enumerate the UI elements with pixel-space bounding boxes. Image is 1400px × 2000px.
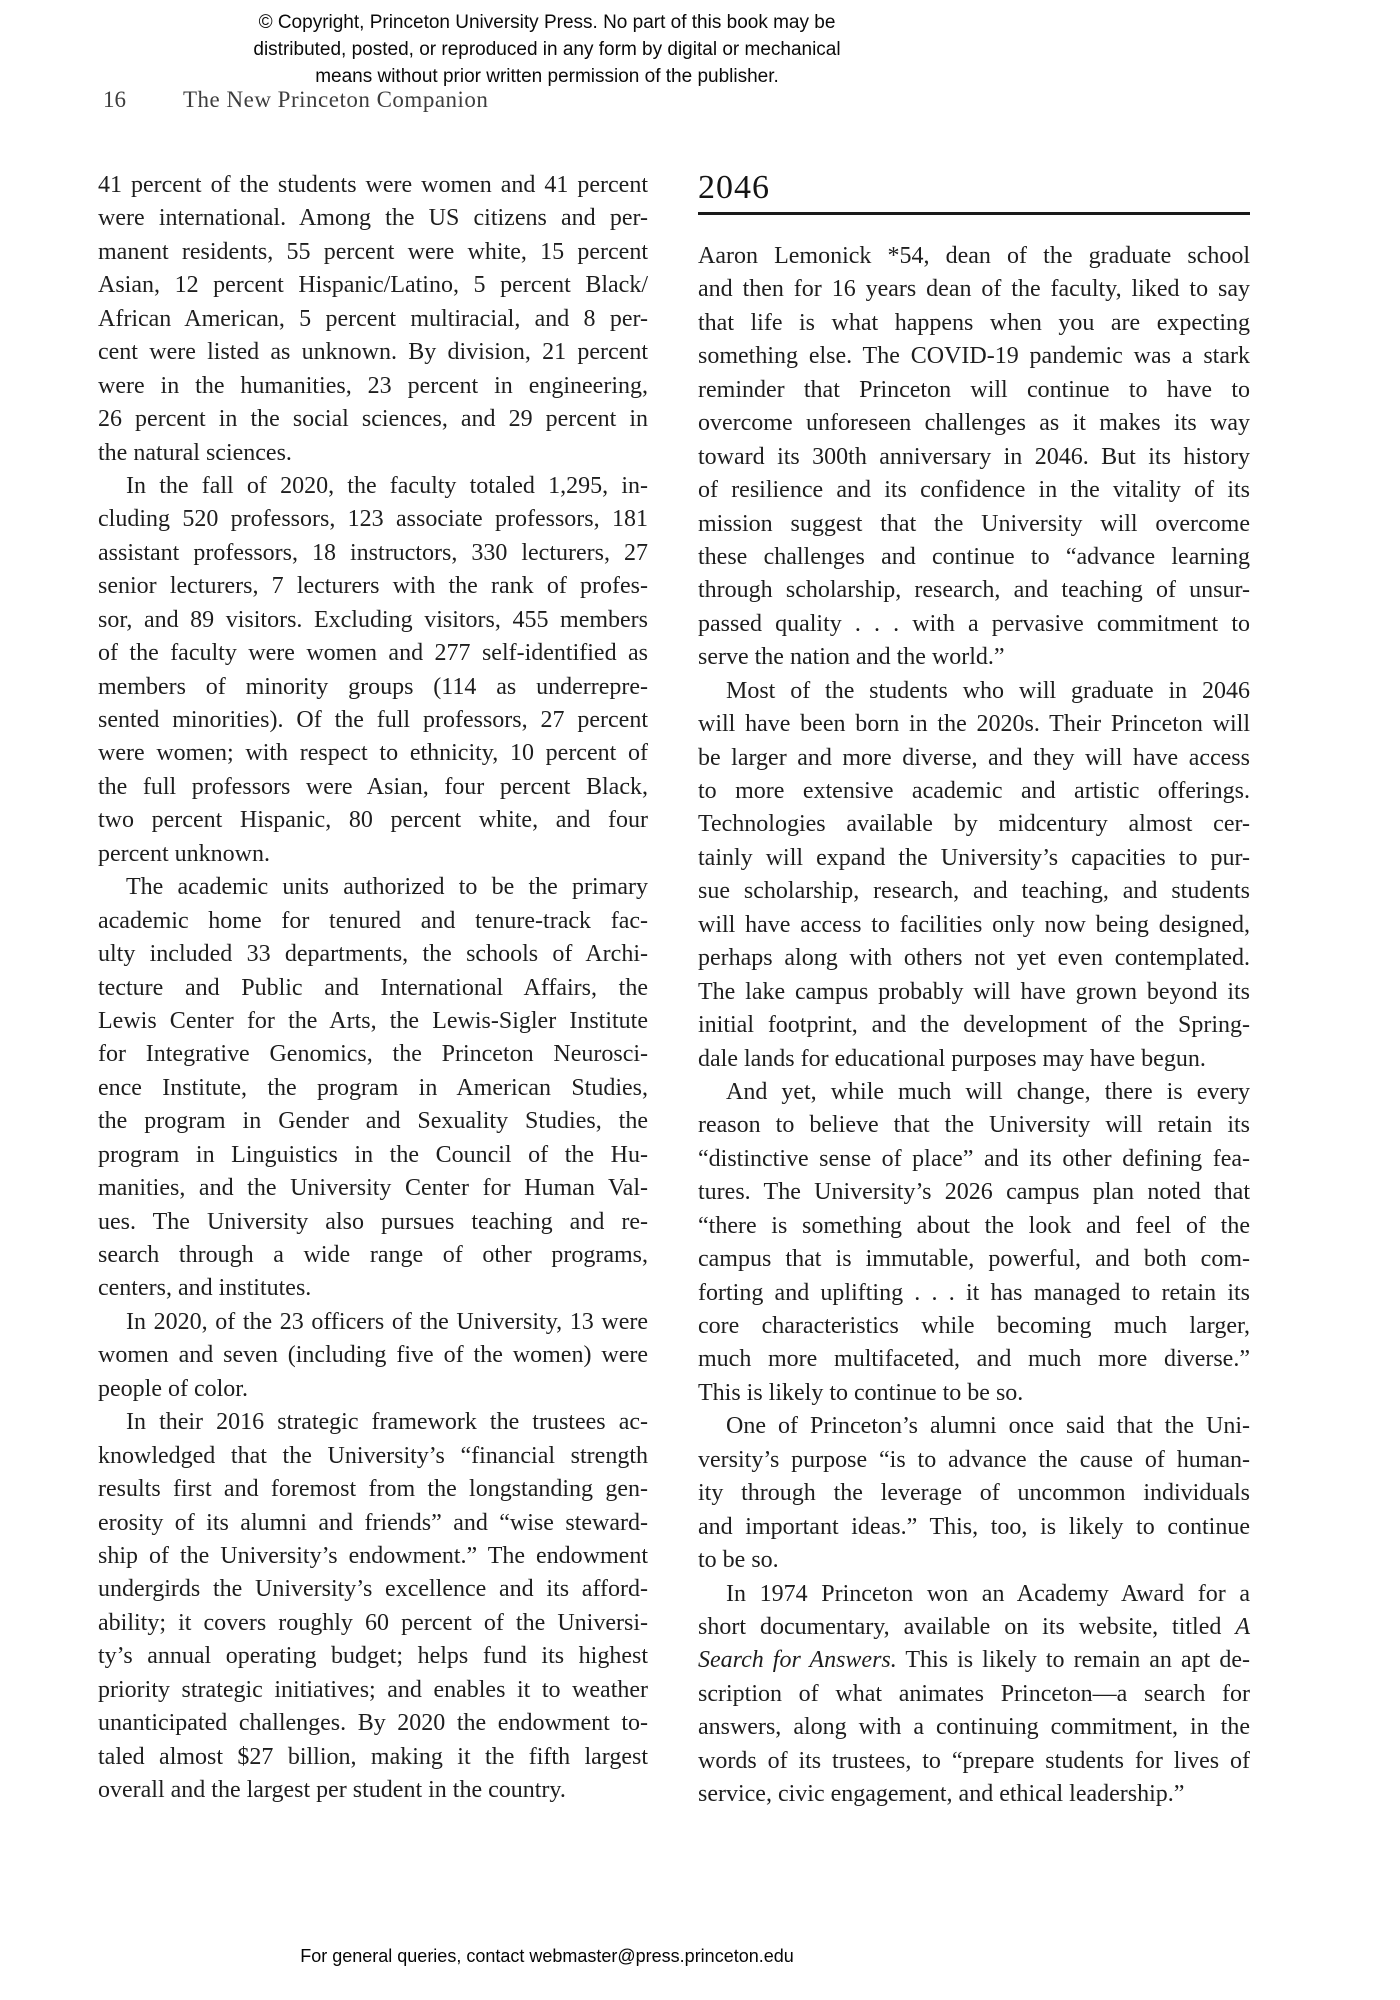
text-line: were international. Among the US citizen… [98,202,648,235]
text-line: reason to believe that the University wi… [698,1109,1250,1142]
text-line: dale lands for educational purposes may … [698,1043,1250,1076]
text-line: ulty included 33 departments, the school… [98,938,648,971]
text-line: knowledged that the University’s “financ… [98,1440,648,1473]
text-line: unanticipated challenges. By 2020 the en… [98,1707,648,1740]
text-line: for Integrative Genomics, the Princeton … [98,1038,648,1071]
copyright-line: distributed, posted, or reproduced in an… [177,36,917,63]
left-column: 41 percent of the students were women an… [98,169,648,1807]
right-column-paragraphs: Aaron Lemonick *54, dean of the graduate… [698,240,1250,1812]
text-line: tecture and Public and International Aff… [98,972,648,1005]
text-line: assistant professors, 18 instructors, 33… [98,537,648,570]
paragraph: The academic units authorized to be the … [98,871,648,1306]
footer-contact-text: For general queries, contact webmaster@p… [300,1946,794,1966]
paragraph: In 1974 Princeton won an Academy Award f… [698,1578,1250,1812]
text-line: much more multifaceted, and much more di… [698,1343,1250,1376]
text-line: The lake campus probably will have grown… [698,976,1250,1009]
text-line: that life is what happens when you are e… [698,307,1250,340]
text-line: through scholarship, research, and teach… [698,574,1250,607]
text-line: sue scholarship, research, and teaching,… [698,875,1250,908]
paragraph: And yet, while much will change, there i… [698,1076,1250,1410]
text-line: were women; with respect to ethnicity, 1… [98,737,648,770]
text-line: Technologies available by midcentury alm… [698,808,1250,841]
text-line: the full professors were Asian, four per… [98,771,648,804]
text-line: sented minorities). Of the full professo… [98,704,648,737]
text-line: The academic units authorized to be the … [98,871,648,904]
text-line: search through a wide range of other pro… [98,1239,648,1272]
copyright-line: © Copyright, Princeton University Press.… [177,9,917,36]
copyright-notice: © Copyright, Princeton University Press.… [177,9,917,90]
text-line: initial footprint, and the development o… [698,1009,1250,1042]
book-title: The New Princeton Companion [183,87,488,113]
text-line: the natural sciences. [98,437,648,470]
paragraph: In their 2016 strategic framework the tr… [98,1406,648,1807]
text-line: cent were listed as unknown. By division… [98,336,648,369]
page-footer: For general queries, contact webmaster@p… [177,1946,917,1967]
text-line: and important ideas.” This, too, is like… [698,1511,1250,1544]
text-line: results first and foremost from the long… [98,1473,648,1506]
text-line: In 2020, of the 23 officers of the Unive… [98,1306,648,1339]
text-line: tures. The University’s 2026 campus plan… [698,1176,1250,1209]
text-line: service, civic engagement, and ethical l… [698,1778,1250,1811]
text-line: ship of the University’s endowment.” The… [98,1540,648,1573]
text-line: core characteristics while becoming much… [698,1310,1250,1343]
text-line: sor, and 89 visitors. Excluding visitors… [98,604,648,637]
text-line: senior lecturers, 7 lecturers with the r… [98,570,648,603]
text-line: these challenges and continue to “advanc… [698,541,1250,574]
text-line: ability; it covers roughly 60 percent of… [98,1607,648,1640]
text-line: ity through the leverage of uncommon ind… [698,1477,1250,1510]
paragraph: 41 percent of the students were women an… [98,169,648,470]
text-line: ence Institute, the program in American … [98,1072,648,1105]
text-line: scription of what animates Princeton—a s… [698,1678,1250,1711]
text-line: to more extensive academic and artistic … [698,775,1250,808]
paragraph: Aaron Lemonick *54, dean of the graduate… [698,240,1250,675]
text-line: Search for Answers. This is likely to re… [698,1644,1250,1677]
text-line: to be so. [698,1544,1250,1577]
text-line: tainly will expand the University’s capa… [698,842,1250,875]
text-line: percent unknown. [98,838,648,871]
paragraph: Most of the students who will graduate i… [698,675,1250,1076]
text-line: the program in Gender and Sexuality Stud… [98,1105,648,1138]
text-line: ues. The University also pursues teachin… [98,1206,648,1239]
text-line: serve the nation and the world.” [698,641,1250,674]
text-line: In their 2016 strategic framework the tr… [98,1406,648,1439]
text-line: African American, 5 percent multiracial,… [98,303,648,336]
text-line: were in the humanities, 23 percent in en… [98,370,648,403]
section-heading: 2046 [698,169,1250,207]
text-line: something else. The COVID-19 pandemic wa… [698,340,1250,373]
text-line: reminder that Princeton will continue to… [698,374,1250,407]
text-line: priority strategic initiatives; and enab… [98,1674,648,1707]
paragraph: In the fall of 2020, the faculty totaled… [98,470,648,871]
text-line: words of its trustees, to “prepare stude… [698,1745,1250,1778]
text-line: overall and the largest per student in t… [98,1774,648,1807]
text-line: erosity of its alumni and friends” and “… [98,1507,648,1540]
text-line: and then for 16 years dean of the facult… [698,273,1250,306]
text-line: “there is something about the look and f… [698,1210,1250,1243]
text-line: Asian, 12 percent Hispanic/Latino, 5 per… [98,269,648,302]
paragraph: In 2020, of the 23 officers of the Unive… [98,1306,648,1406]
text-line: be larger and more diverse, and they wil… [698,742,1250,775]
text-line: ty’s annual operating budget; helps fund… [98,1640,648,1673]
page-number: 16 [103,87,126,113]
text-line: answers, along with a continuing commitm… [698,1711,1250,1744]
text-line: manent residents, 55 percent were white,… [98,236,648,269]
text-line: academic home for tenured and tenure-tra… [98,905,648,938]
text-line: taled almost $27 billion, making it the … [98,1741,648,1774]
text-line: two percent Hispanic, 80 percent white, … [98,804,648,837]
text-line: versity’s purpose “is to advance the cau… [698,1444,1250,1477]
text-line: 41 percent of the students were women an… [98,169,648,202]
copyright-line: means without prior written permission o… [177,63,917,90]
text-line: manities, and the University Center for … [98,1172,648,1205]
text-line: perhaps along with others not yet even c… [698,942,1250,975]
text-line: In 1974 Princeton won an Academy Award f… [698,1578,1250,1611]
right-column: 2046 Aaron Lemonick *54, dean of the gra… [698,169,1250,1812]
text-line: cluding 520 professors, 123 associate pr… [98,503,648,536]
heading-rule [698,212,1250,215]
text-line: undergirds the University’s excellence a… [98,1573,648,1606]
text-line: In the fall of 2020, the faculty totaled… [98,470,648,503]
text-line: will have access to facilities only now … [698,909,1250,942]
text-line: of the faculty were women and 277 self-i… [98,637,648,670]
text-line: And yet, while much will change, there i… [698,1076,1250,1109]
text-line: overcome unforeseen challenges as it mak… [698,407,1250,440]
text-line: This is likely to continue to be so. [698,1377,1250,1410]
text-line: people of color. [98,1373,648,1406]
text-line: “distinctive sense of place” and its oth… [698,1143,1250,1176]
text-line: Lewis Center for the Arts, the Lewis-Sig… [98,1005,648,1038]
paragraph: One of Princeton’s alumni once said that… [698,1410,1250,1577]
text-line: Aaron Lemonick *54, dean of the graduate… [698,240,1250,273]
text-line: mission suggest that the University will… [698,508,1250,541]
text-line: forting and uplifting . . . it has manag… [698,1277,1250,1310]
text-line: will have been born in the 2020s. Their … [698,708,1250,741]
text-line: program in Linguistics in the Council of… [98,1139,648,1172]
text-line: members of minority groups (114 as under… [98,671,648,704]
book-page: © Copyright, Princeton University Press.… [0,0,1400,2000]
text-line: women and seven (including five of the w… [98,1339,648,1372]
text-line: Most of the students who will graduate i… [698,675,1250,708]
text-line: 26 percent in the social sciences, and 2… [98,403,648,436]
text-line: centers, and institutes. [98,1272,648,1305]
text-line: short documentary, available on its webs… [698,1611,1250,1644]
text-line: toward its 300th anniversary in 2046. Bu… [698,441,1250,474]
text-line: of resilience and its confidence in the … [698,474,1250,507]
text-line: campus that is immutable, powerful, and … [698,1243,1250,1276]
text-line: One of Princeton’s alumni once said that… [698,1410,1250,1443]
text-line: passed quality . . . with a pervasive co… [698,608,1250,641]
